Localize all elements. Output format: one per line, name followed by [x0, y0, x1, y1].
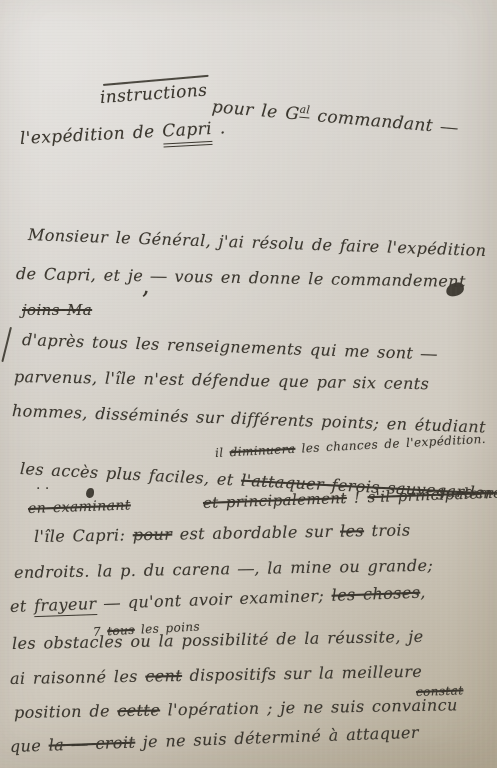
text-segment-strike: la ― croit — [48, 733, 135, 755]
ink-blot-dot — [86, 488, 94, 498]
text-segment: Monsieur le Général, j'ai résolu de fair… — [28, 225, 487, 260]
text-segment-strike: cette — [117, 700, 160, 720]
text-segment-dunder: Capri — [162, 119, 213, 148]
title-line-3: l'expédition de Capri . — [20, 120, 226, 148]
deleted-word-left: en examinant — [28, 498, 131, 516]
text-segment: position de — [14, 701, 118, 722]
body-line-11: les obstacles ou la possibilité de la ré… — [12, 629, 424, 652]
text-segment-strike: pour — [133, 525, 173, 545]
body-line-4: d'après tous les renseignements qui me s… — [22, 332, 438, 362]
text-segment: l'île Capri: — [34, 525, 133, 546]
text-segment: , — [420, 582, 426, 601]
body-line-9: endroits. la p. du carena ―, la mine ou … — [14, 558, 434, 581]
text-segment-strike: les choses — [331, 583, 420, 605]
text-segment: l'expédition de — [19, 122, 162, 149]
text-segment-strike: cent — [145, 666, 182, 686]
body-line-13: position de cette l'opération ; je ne su… — [14, 697, 458, 721]
handwriting-layer: instructionspour le Gal commandant ―l'ex… — [0, 0, 497, 768]
text-segment-strike: les — [340, 521, 364, 540]
body-line-3-deleted: joins Ma — [22, 303, 92, 318]
text-segment-strike: diminuera — [229, 442, 295, 459]
body-line-8: l'île Capri: pour est abordable sur les … — [34, 522, 411, 545]
title-line-1: instructions — [99, 83, 207, 107]
text-segment: que — [10, 736, 49, 756]
text-segment: est abordable sur — [172, 522, 340, 544]
manuscript-photo: instructionspour le Gal commandant ―l'ex… — [0, 0, 497, 768]
body-line-10: et frayeur ― qu'ont avoir examiner; les … — [10, 584, 426, 615]
margin-slash-mark — [1, 327, 12, 362]
text-segment: je ne suis déterminé à attaquer — [135, 723, 419, 752]
text-segment: hommes, disséminés sur différents points… — [12, 401, 486, 437]
body-line-5: parvenus, l'île n'est défendue que par s… — [14, 369, 429, 392]
body-line-2: de Capri, et je ― vous en donne le comma… — [16, 266, 466, 290]
text-segment: d'après tous les renseignements qui me s… — [22, 330, 438, 363]
text-segment: l'opération ; je ne suis convaincu — [160, 695, 458, 719]
text-segment-under: frayeur — [34, 594, 97, 617]
interlinear-insertion: il diminuera les chances de l'expédition… — [215, 433, 487, 459]
text-segment: il — [215, 445, 230, 460]
text-segment: trois — [364, 520, 411, 540]
text-segment-strike: en examinant — [28, 497, 131, 517]
text-segment-strike: et principalement — [203, 489, 347, 512]
body-line-12: ai raisonné les cent dispositifs sur la … — [10, 664, 422, 687]
text-segment: commandant ― — [309, 106, 459, 139]
text-segment: les chances de l'expédition. — [295, 432, 486, 456]
text-segment: les accès plus faciles, et — [20, 459, 242, 490]
stray-dots-mark: · · — [36, 482, 49, 496]
apostrophe-mark: ’ — [138, 288, 150, 315]
text-segment: ― qu'ont avoir examiner; — [96, 586, 332, 613]
body-line-1: Monsieur le Général, j'ai résolu de fair… — [28, 227, 487, 259]
text-segment: ai raisonné les — [10, 667, 146, 688]
body-line-6: hommes, disséminés sur différents points… — [12, 403, 486, 436]
text-segment: . — [211, 118, 226, 139]
text-segment-strike: joins Ma — [22, 301, 92, 319]
text-segment: de Capri, et je ― vous en donne le comma… — [16, 264, 466, 291]
text-segment: et — [10, 596, 35, 616]
title-line-2: pour le Gal commandant ― — [211, 97, 459, 137]
text-segment: les obstacles ou la possibilité de la ré… — [12, 627, 424, 653]
text-segment: ! — [347, 488, 368, 507]
text-segment: dispositifs sur la meilleure — [182, 662, 422, 685]
text-segment: parvenus, l'île n'est défendue que par s… — [14, 367, 430, 393]
body-line-14: que la ― croit je ne suis déterminé à at… — [10, 725, 419, 755]
text-segment: endroits. la p. du carena ―, la mine ou … — [14, 556, 434, 582]
